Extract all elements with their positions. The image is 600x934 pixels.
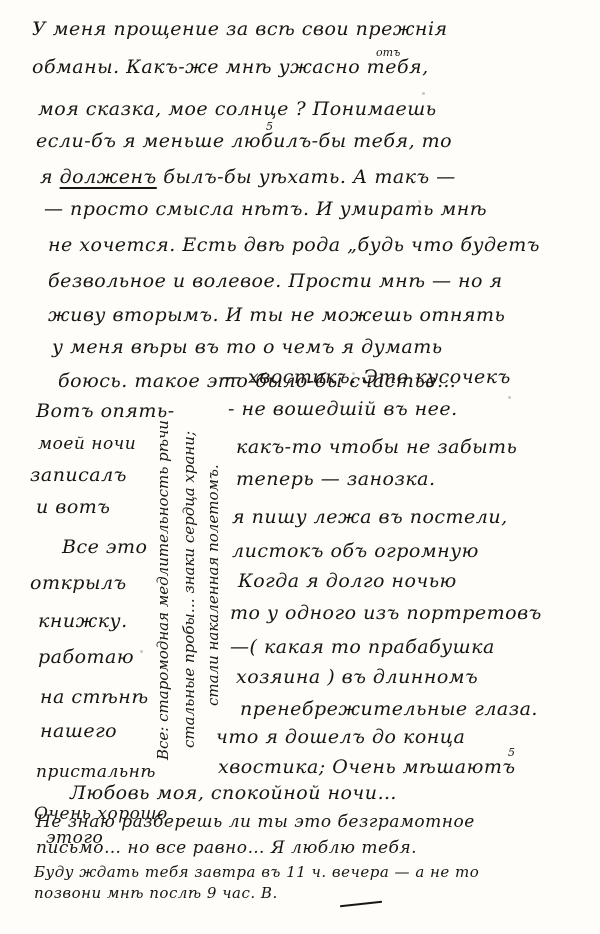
left-column-line: Вотъ опять- [36, 402, 175, 421]
closing-line: письмо… но все равно… Я люблю тебя. [36, 840, 417, 857]
paper-speck [140, 650, 143, 653]
right-column-line: —( какая то прабабушка [230, 638, 495, 657]
closing-line signature-line: позвони мнѣ послѣ 9 час. В. [34, 886, 278, 901]
letter-line: если-бъ я меньше любилъ-бы тебя, то [36, 132, 452, 151]
right-column-line: листокъ объ огромную [232, 542, 479, 561]
left-column-line: записалъ [30, 466, 127, 485]
closing-line: Не знаю разберешь ли ты это безграмотное [36, 814, 475, 831]
right-column-line: Когда я долго ночью [238, 572, 457, 591]
margin-note-vertical: стали накаленная полетомъ. [206, 464, 221, 706]
letter-line: у меня вѣры въ то о чемъ я думать [52, 338, 443, 357]
right-column-line: — хвостикъ. Это кусочекъ [222, 368, 511, 387]
left-column-line: пристальнѣ [36, 764, 156, 781]
letter-line: не хочется. Есть двѣ рода „будь что буде… [48, 236, 540, 255]
margin-note-vertical: стальные пробы… знаки сердца храни; [182, 431, 197, 748]
left-column-line: работаю [38, 648, 134, 667]
signature-underline [340, 901, 382, 907]
letter-line: живу вторымъ. И ты не можешь отнять [48, 306, 505, 325]
right-column-line: - не вошедшій въ нее. [228, 400, 458, 419]
underlined-word: долженъ [60, 166, 157, 188]
left-column-line: открылъ [30, 574, 127, 593]
right-column-line: хозяина ) въ длинномъ [236, 668, 478, 687]
letter-page: У меня прощение за всѣ свои прежнія отъ … [0, 0, 600, 934]
left-column-line: на стѣнѣ [40, 688, 149, 707]
letter-line: моя сказка, мое солнце ? Понимаешь [38, 100, 437, 119]
left-column-line: и вотъ [36, 498, 110, 517]
letter-line: У меня прощение за всѣ свои прежнія [32, 20, 448, 39]
paper-speck [418, 200, 421, 203]
margin-note-vertical: Все: старомодная медлительность рѣчи [156, 420, 171, 760]
letter-line: я долженъ былъ-бы уѣхать. А такъ — [40, 168, 456, 187]
closing-line: Любовь моя, спокойной ночи… [70, 784, 397, 803]
word: былъ-бы уѣхать. А такъ — [157, 166, 456, 188]
right-column-line: то у одного изъ портретовъ [230, 604, 542, 623]
paper-speck [508, 396, 511, 399]
right-column-line: хвостика; Очень мѣшаютъ [218, 758, 516, 777]
left-column-line: Все это [62, 538, 147, 557]
letter-line: — просто смысла нѣтъ. И умирать мнѣ [44, 200, 487, 219]
right-column-line: какъ-то чтобы не забыть [236, 438, 517, 457]
paper-speck [352, 372, 355, 375]
letter-line: обманы. Какъ-же мнѣ ужасно тебя, [32, 58, 429, 77]
right-column-line: что я дошелъ до конца [216, 728, 465, 747]
letter-line: безвольное и волевое. Прости мнѣ — но я [48, 272, 503, 291]
left-column-line: нашего [40, 722, 117, 741]
right-column-line: пренебрежительные глаза. [240, 700, 538, 719]
paper-speck [422, 92, 425, 95]
left-column-line: моей ночи [38, 436, 136, 453]
right-column-line: теперь — занозка. [236, 470, 436, 489]
right-column-line: я пишу лежа въ постели, [232, 508, 508, 527]
left-column-line: книжку. [38, 612, 128, 631]
closing-line: Буду ждать тебя завтра въ 11 ч. вечера —… [34, 865, 479, 880]
word: я [40, 166, 60, 188]
